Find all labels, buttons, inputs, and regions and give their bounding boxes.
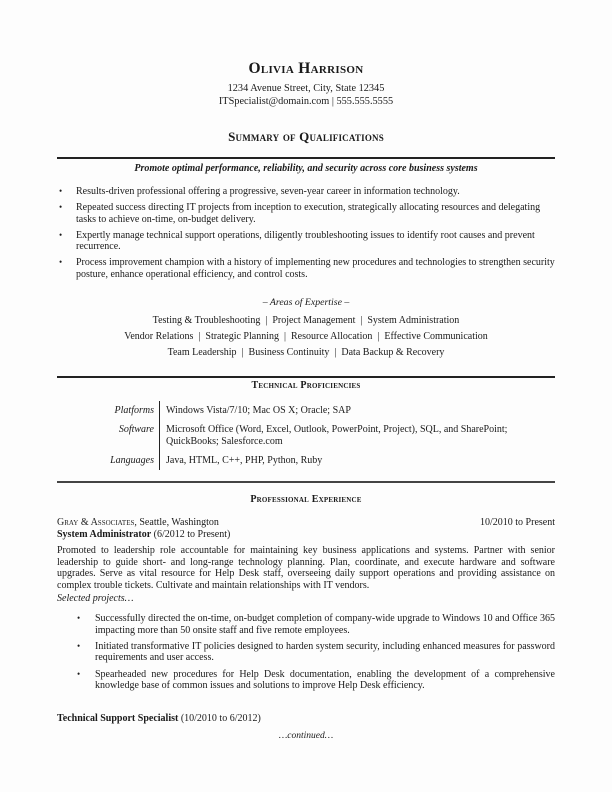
tech-label: Platforms bbox=[60, 405, 154, 417]
bullet-text: Successfully directed the on-time, on-bu… bbox=[95, 613, 555, 636]
list-item: •Process improvement champion with a his… bbox=[57, 257, 555, 280]
job-title-line: Technical Support Specialist (10/2010 to… bbox=[57, 713, 261, 724]
continued-note: …continued… bbox=[56, 731, 556, 741]
list-item: •Initiated transformative IT policies de… bbox=[75, 641, 555, 664]
bullet-icon: • bbox=[77, 669, 80, 681]
job-title-line: System Administrator (6/2012 to Present) bbox=[57, 529, 230, 540]
tech-value: Windows Vista/7/10; Mac OS X; Oracle; SA… bbox=[166, 405, 556, 417]
list-item: •Repeated success directing IT projects … bbox=[57, 202, 555, 225]
job-title: System Administrator bbox=[57, 529, 151, 540]
list-item: •Spearheaded new procedures for Help Des… bbox=[75, 669, 555, 692]
bullet-icon: • bbox=[59, 257, 62, 269]
expertise-line: Vendor Relations | Strategic Planning | … bbox=[56, 331, 556, 342]
summary-heading: Summary of Qualifications bbox=[56, 129, 556, 145]
experience-heading: Professional Experience bbox=[56, 494, 556, 505]
section-divider bbox=[57, 481, 555, 483]
tech-label: Languages bbox=[60, 455, 154, 467]
bullet-icon: • bbox=[59, 186, 62, 198]
tech-value: Java, HTML, C++, PHP, Python, Ruby bbox=[166, 455, 556, 467]
job-dates: (10/2010 to 6/2012) bbox=[178, 713, 261, 724]
job-dates: (6/2012 to Present) bbox=[151, 529, 230, 540]
bullet-icon: • bbox=[77, 613, 80, 625]
company-name: Gray & Associates bbox=[57, 517, 134, 528]
expertise-line: Testing & Troubleshooting | Project Mana… bbox=[56, 315, 556, 326]
bullet-text: Repeated success directing IT projects f… bbox=[76, 202, 540, 225]
bullet-text: Expertly manage technical support operat… bbox=[76, 230, 535, 253]
summary-bullet-list: •Results-driven professional offering a … bbox=[57, 186, 555, 285]
section-divider bbox=[57, 376, 555, 378]
company-line: Gray & Associates, Seattle, Washington 1… bbox=[57, 517, 555, 528]
section-divider bbox=[57, 157, 555, 159]
summary-tagline: Promote optimal performance, reliability… bbox=[56, 163, 556, 174]
bullet-icon: • bbox=[77, 641, 80, 653]
list-item: •Successfully directed the on-time, on-b… bbox=[75, 613, 555, 636]
tech-label: Software bbox=[60, 424, 154, 436]
selected-projects-label: Selected projects… bbox=[57, 593, 134, 604]
resume-page: Olivia Harrison 1234 Avenue Street, City… bbox=[0, 0, 612, 792]
bullet-text: Spearheaded new procedures for Help Desk… bbox=[95, 669, 555, 692]
bullet-icon: • bbox=[59, 230, 62, 242]
list-item: •Results-driven professional offering a … bbox=[57, 186, 555, 198]
vertical-divider bbox=[159, 401, 160, 470]
company-location: , Seattle, Washington bbox=[134, 517, 219, 528]
tech-value: Microsoft Office (Word, Excel, Outlook, … bbox=[166, 424, 556, 447]
contact-line: ITSpecialist@domain.com | 555.555.5555 bbox=[56, 96, 556, 107]
company-dates: 10/2010 to Present bbox=[480, 517, 555, 528]
bullet-text: Initiated transformative IT policies des… bbox=[95, 641, 555, 664]
technical-heading: Technical Proficiencies bbox=[56, 380, 556, 391]
bullet-text: Process improvement champion with a hist… bbox=[76, 257, 555, 280]
job-title: Technical Support Specialist bbox=[57, 713, 178, 724]
candidate-name: Olivia Harrison bbox=[56, 60, 556, 78]
list-item: •Expertly manage technical support opera… bbox=[57, 230, 555, 253]
job-description: Promoted to leadership role accountable … bbox=[57, 545, 555, 591]
bullet-icon: • bbox=[59, 202, 62, 214]
address-line: 1234 Avenue Street, City, State 12345 bbox=[56, 83, 556, 94]
project-bullet-list: •Successfully directed the on-time, on-b… bbox=[75, 613, 555, 696]
bullet-text: Results-driven professional offering a p… bbox=[76, 186, 460, 197]
expertise-heading: – Areas of Expertise – bbox=[56, 297, 556, 308]
expertise-line: Team Leadership | Business Continuity | … bbox=[56, 347, 556, 358]
